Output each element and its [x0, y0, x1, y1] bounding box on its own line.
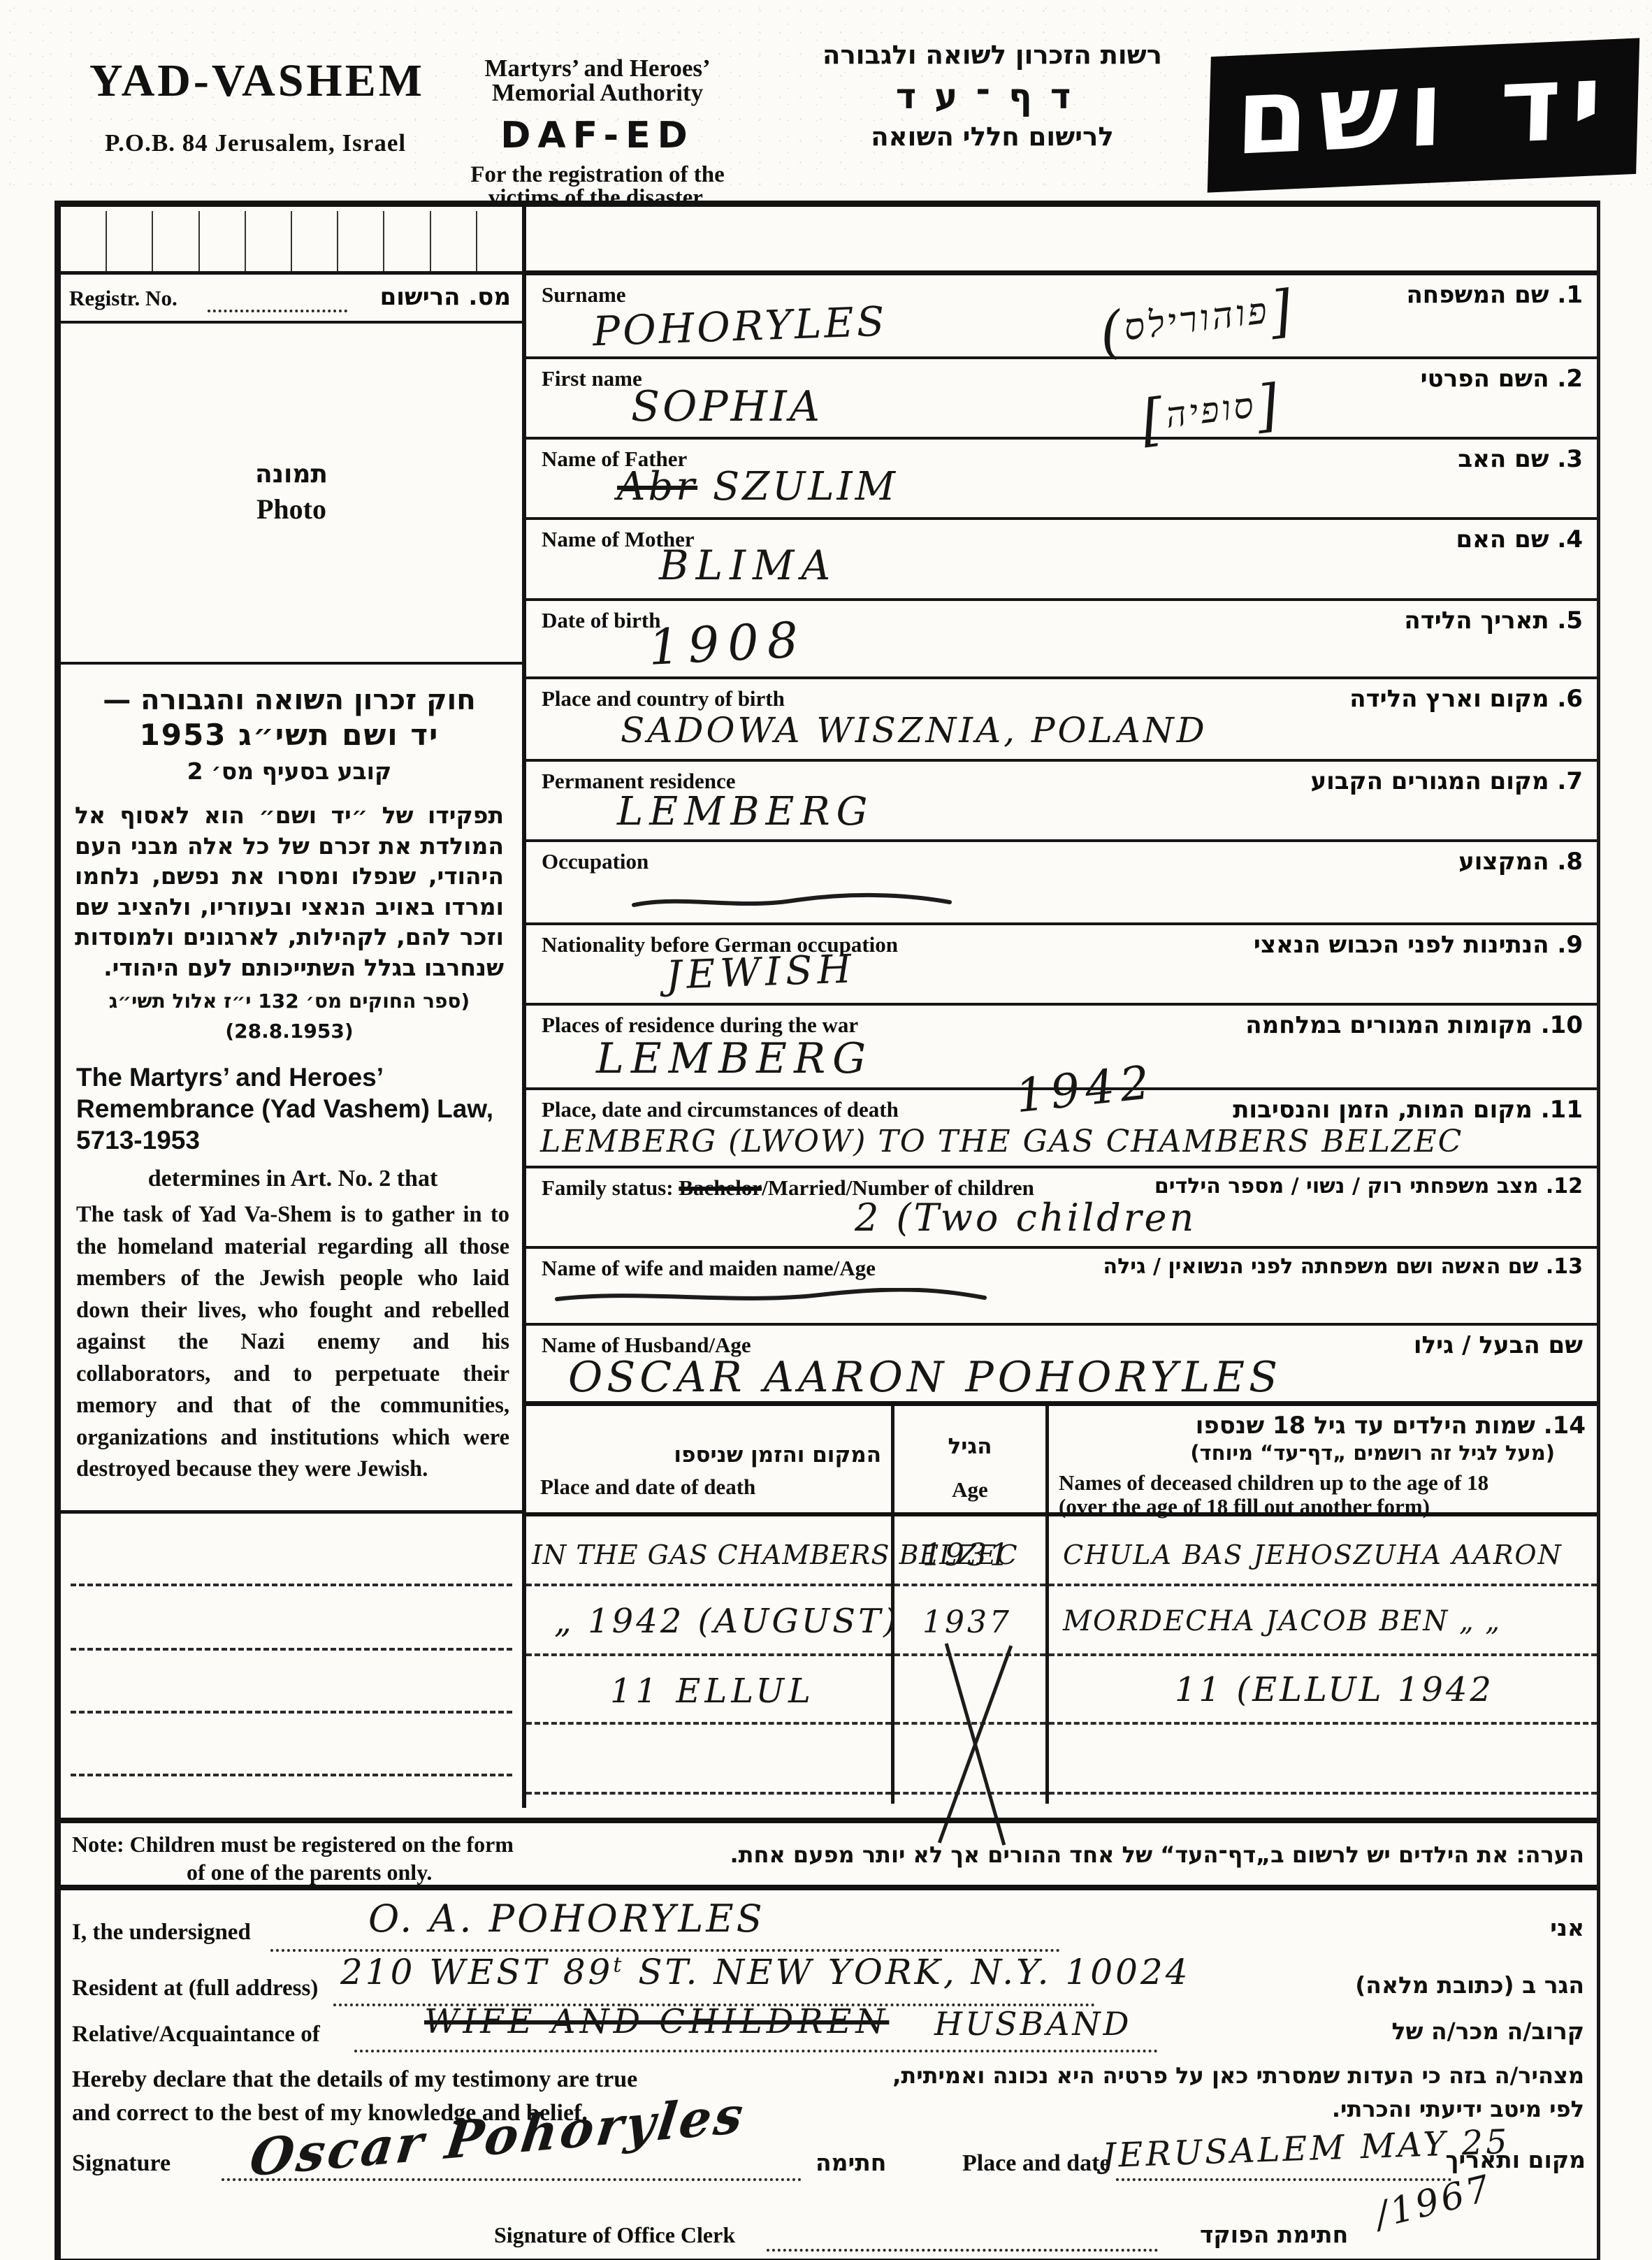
col-age-label-he: הגיל — [894, 1434, 1045, 1459]
wife-label-he: 13. שם האשה ושם משפחתה לפני הנשואין / גי… — [1103, 1254, 1583, 1279]
registr-no-blank — [208, 310, 347, 312]
photo-label-he: תמונה — [255, 460, 328, 488]
death-label: Place, date and circumstances of death — [542, 1097, 899, 1122]
law-text-english: The Martyrs’ and Heroes’ Remembrance (Ya… — [61, 1056, 522, 1510]
relative-struck-value: WIFE AND CHILDREN — [424, 2005, 889, 2038]
children-title-en: Names of deceased children up to the age… — [1059, 1470, 1488, 1495]
child-row2-place: „ 1942 (AUGUST) — [526, 1586, 891, 1656]
field-wife: Name of wife and maiden name/Age 13. שם … — [526, 1249, 1597, 1326]
place-date-label: Place and date — [962, 2150, 1110, 2177]
residence-value: LEMBERG — [617, 792, 874, 832]
pob-value: SADOWA WISZNIA, POLAND — [621, 713, 1208, 748]
dob-label-he: 5. תאריך הלידה — [1404, 607, 1583, 635]
children-table: IN THE GAS CHAMBERS BELZEC „ 1942 (AUGUS… — [526, 1516, 1597, 1804]
child-row1-name: CHULA BAS JEHOSZUHA AARON — [1049, 1516, 1597, 1586]
child-row4-age — [894, 1725, 1045, 1795]
signature-label-he: חתימה — [816, 2149, 886, 2176]
occupation-label-he: 8. המקצוע — [1458, 848, 1583, 876]
field-father: Name of Father 3. שם האב Abr SZULIM — [526, 440, 1597, 520]
registration-number-boxes — [61, 207, 522, 275]
resident-label: Resident at (full address) — [72, 1976, 318, 2001]
children-subtitle-he: (מעל לגיל זה רושמים „דף־עד“ מיוחד) — [1190, 1441, 1555, 1465]
children-title-he: 14. שמות הילדים עד גיל 18 שנספו — [1196, 1412, 1586, 1440]
col-place-label-he: המקום והזמן שניספו — [674, 1442, 881, 1468]
law-he-title3: קובע בסעיף מס׳ 2 — [75, 758, 504, 785]
nationality-value: JEWISH — [665, 950, 857, 995]
declare-line1: Hereby declare that the details of my te… — [72, 2066, 637, 2093]
field-death: Place, date and circumstances of death 1… — [526, 1090, 1597, 1168]
col-place-label-en: Place and date of death — [540, 1475, 755, 1500]
family-status-struck: Bachelor — [679, 1175, 762, 1200]
declare-he-line1: מצהיר/ה בזה כי העדות שמסרתי כאן על פרטיה… — [892, 2062, 1584, 2089]
death-place-value: LEMBERG (LWOW) TO THE GAS CHAMBERS BELZE… — [540, 1127, 1463, 1157]
occupation-label: Occupation — [542, 849, 649, 874]
yad-vashem-logo: יד ושם — [1208, 38, 1640, 192]
mother-value: BLIMA — [659, 545, 837, 586]
resident-value: 210 WEST 89t ST. NEW YORK, N.Y. 10024 — [340, 1955, 1191, 1990]
family-status-value: 2 (Two children — [855, 1199, 1196, 1237]
relative-value: HUSBAND — [934, 2008, 1132, 2040]
surname-label: Surname — [542, 282, 626, 307]
law-he-title1: חוק זכרון השואה והגבורה — — [75, 683, 504, 718]
field-date-of-birth: Date of birth 5. תאריך הלידה 1908 — [526, 601, 1597, 679]
photo-box: תמונה Photo — [61, 324, 522, 665]
surname-label-he: 1. שם המשפחה — [1406, 281, 1583, 309]
father-label-he: 3. שם האב — [1458, 445, 1583, 473]
clerk-blank — [767, 2249, 1158, 2252]
form-code: DAF-ED — [433, 115, 762, 157]
child-row1-place: IN THE GAS CHAMBERS BELZEC — [526, 1516, 891, 1586]
field-nationality: Nationality before German occupation 9. … — [526, 925, 1597, 1006]
nationality-label-he: 9. הנתינות לפני הכבוש הנאצי — [1254, 931, 1583, 959]
bracket-mark: [ — [1266, 277, 1298, 345]
law-he-ref1: (ספר החוקים מס׳ 132 י״ז אלול תשי״ג — [75, 990, 504, 1013]
org-title: YAD-VASHEM — [89, 55, 425, 108]
law-he-title2: יד ושם תשי״ג 1953 — [75, 718, 504, 752]
registr-no-label: Registr. No. — [69, 286, 177, 311]
clerk-label-he: חתימת הפוקד — [1200, 2221, 1348, 2248]
form-body: Registr. No. מס. הרישום תמונה Photo חוק … — [55, 201, 1600, 2260]
photo-label-en: Photo — [256, 493, 326, 526]
children-subtitle-en: (over the age of 18 fill out another for… — [1059, 1494, 1430, 1519]
resident-label-he: הגר ב (כתובת מלאה) — [1355, 1971, 1584, 1999]
child-row2-name: MORDECHA JACOB BEN „ „ — [1049, 1586, 1597, 1656]
field-husband: Name of Husband/Age שם הבעל / גילו OSCAR… — [526, 1326, 1597, 1406]
purpose-line1: For the registration of the — [433, 164, 762, 187]
first-name-value: SOPHIA — [631, 386, 823, 428]
war-residence-label-he: 10. מקומות המגורים במלחמה — [1245, 1011, 1583, 1039]
authority-he: רשות הזכרון לשואה ולגבורה — [804, 42, 1181, 68]
note-text-line2: of one of the parents only. — [187, 1860, 432, 1885]
father-value: SZULIM — [713, 464, 898, 509]
field-first-name: First name 2. השם הפרטי SOPHIA [סופיה] — [526, 359, 1597, 440]
undersigned-label: I, the undersigned — [72, 1920, 251, 1946]
first-name-label: First name — [542, 366, 642, 391]
law-he-ref2: (28.8.1953) — [75, 1020, 504, 1043]
undersigned-value: O. A. POHORYLES — [368, 1900, 765, 1938]
relative-label-he: קרוב/ה מכר/ה של — [1392, 2018, 1584, 2045]
declare-he-line2: לפי מיטב ידיעתי והכרתי. — [1332, 2096, 1584, 2122]
signature-label: Signature — [72, 2150, 171, 2177]
purpose-he: לרישום חללי השואה — [804, 124, 1181, 150]
form-code-he: דף־עד — [804, 79, 1181, 114]
war-residence-value: LEMBERG — [596, 1038, 873, 1080]
surname-value-hebrew: [פוהורילס) — [1096, 277, 1298, 365]
child-row1-age: 1931 — [894, 1516, 1045, 1586]
child-row4-place — [526, 1725, 891, 1795]
col-age-label-en: Age — [894, 1477, 1045, 1502]
wife-label: Name of wife and maiden name/Age — [542, 1256, 876, 1281]
child-row3-name: 11 (ELLUL 1942 — [1049, 1656, 1597, 1725]
child-row3-age — [894, 1656, 1045, 1725]
blank-dash — [554, 1288, 987, 1306]
child-row3-place: 11 ELLUL — [526, 1656, 891, 1725]
father-struck-text: Abr — [617, 464, 697, 509]
clerk-row: Signature of Office Clerk חתימת הפוקד — [61, 2219, 1597, 2259]
mother-label-he: 4. שם האם — [1456, 526, 1583, 553]
law-text-hebrew: חוק זכרון השואה והגבורה — יד ושם תשי״ג 1… — [61, 665, 522, 1056]
clerk-label: Signature of Office Clerk — [494, 2222, 735, 2248]
child-row2-age: 1937 — [894, 1586, 1045, 1656]
field-family-status: Family status: Bachelor/Married/Number o… — [526, 1168, 1597, 1249]
surname-value: POHORYLES — [592, 301, 887, 352]
relative-label: Relative/Acquaintance of — [72, 2022, 320, 2048]
field-surname: Surname 1. שם המשפחה POHORYLES [פוהורילס… — [526, 275, 1597, 359]
law-en-title: The Martyrs’ and Heroes’ Remembrance (Ya… — [76, 1062, 509, 1156]
death-label-he: 11. מקום המות, הזמן והנסיבות — [1233, 1096, 1583, 1124]
place-date-blank — [1116, 2178, 1451, 2181]
field-place-of-birth: Place and country of birth 6. מקום וארץ … — [526, 679, 1597, 762]
field-permanent-residence: Permanent residence 7. מקום המגורים הקבו… — [526, 762, 1597, 842]
children-table-header: המקום והזמן שניספו Place and date of dea… — [526, 1406, 1597, 1516]
pob-label: Place and country of birth — [542, 686, 785, 711]
dob-label: Date of birth — [542, 608, 660, 633]
org-address: P.O.B. 84 Jerusalem, Israel — [105, 129, 406, 157]
note-row: Note: Children must be registered on the… — [61, 1818, 1597, 1890]
pob-label-he: 6. מקום וארץ הלידה — [1349, 685, 1583, 713]
left-empty-rows — [61, 1510, 522, 1808]
dob-value: 1908 — [647, 615, 808, 672]
death-year-value: 1942 — [1013, 1059, 1157, 1120]
field-mother: Name of Mother 4. שם האם BLIMA — [526, 520, 1597, 601]
family-status-label-he: 12. מצב משפחתי רוק / נשוי / מספר הילדים — [1154, 1174, 1583, 1198]
law-he-body: תפקידו של ״יד ושם״ הוא לאסוף אל המולדת א… — [75, 800, 504, 983]
blank-dash — [631, 892, 952, 911]
left-column: Registr. No. מס. הרישום תמונה Photo חוק … — [61, 207, 526, 1808]
residence-label-he: 7. מקום המגורים הקבוע — [1310, 767, 1583, 795]
fields-column: Surname 1. שם המשפחה POHORYLES [פוהורילס… — [526, 207, 1597, 1808]
testimony-form-page: YAD-VASHEM .page > div[data-name="org-ti… — [0, 0, 1652, 2260]
declaration-section: I, the undersigned O. A. POHORYLES אני R… — [61, 1890, 1597, 2219]
husband-label-he: שם הבעל / גילו — [1414, 1331, 1583, 1359]
place-date-label-he: מקום ותאריך — [1445, 2146, 1586, 2173]
field-occupation: Occupation 8. המקצוע — [526, 842, 1597, 925]
first-name-label-he: 2. השם הפרטי — [1421, 365, 1583, 393]
undersigned-label-he: אני — [1550, 1914, 1584, 1941]
law-en-body: The task of Yad Va-Shem is to gather in … — [76, 1199, 509, 1486]
registr-no-label-he: מס. הרישום — [380, 283, 511, 311]
authority-line2: Memorial Authority — [433, 80, 762, 105]
husband-value: OSCAR AARON POHORYLES — [568, 1356, 1282, 1398]
note-text-line1: Note: Children must be registered on the… — [72, 1832, 514, 1857]
bracket-mark: [ — [1252, 372, 1284, 440]
note-text-he: הערה: את הילדים יש לרשום ב„דף־העד“ של אח… — [730, 1841, 1584, 1868]
child-row4-name — [1049, 1725, 1597, 1795]
authority-line1: Martyrs’ and Heroes’ — [433, 56, 762, 80]
law-en-subtitle: determines in Art. No. 2 that — [76, 1166, 509, 1192]
relative-blank — [354, 2050, 1158, 2052]
